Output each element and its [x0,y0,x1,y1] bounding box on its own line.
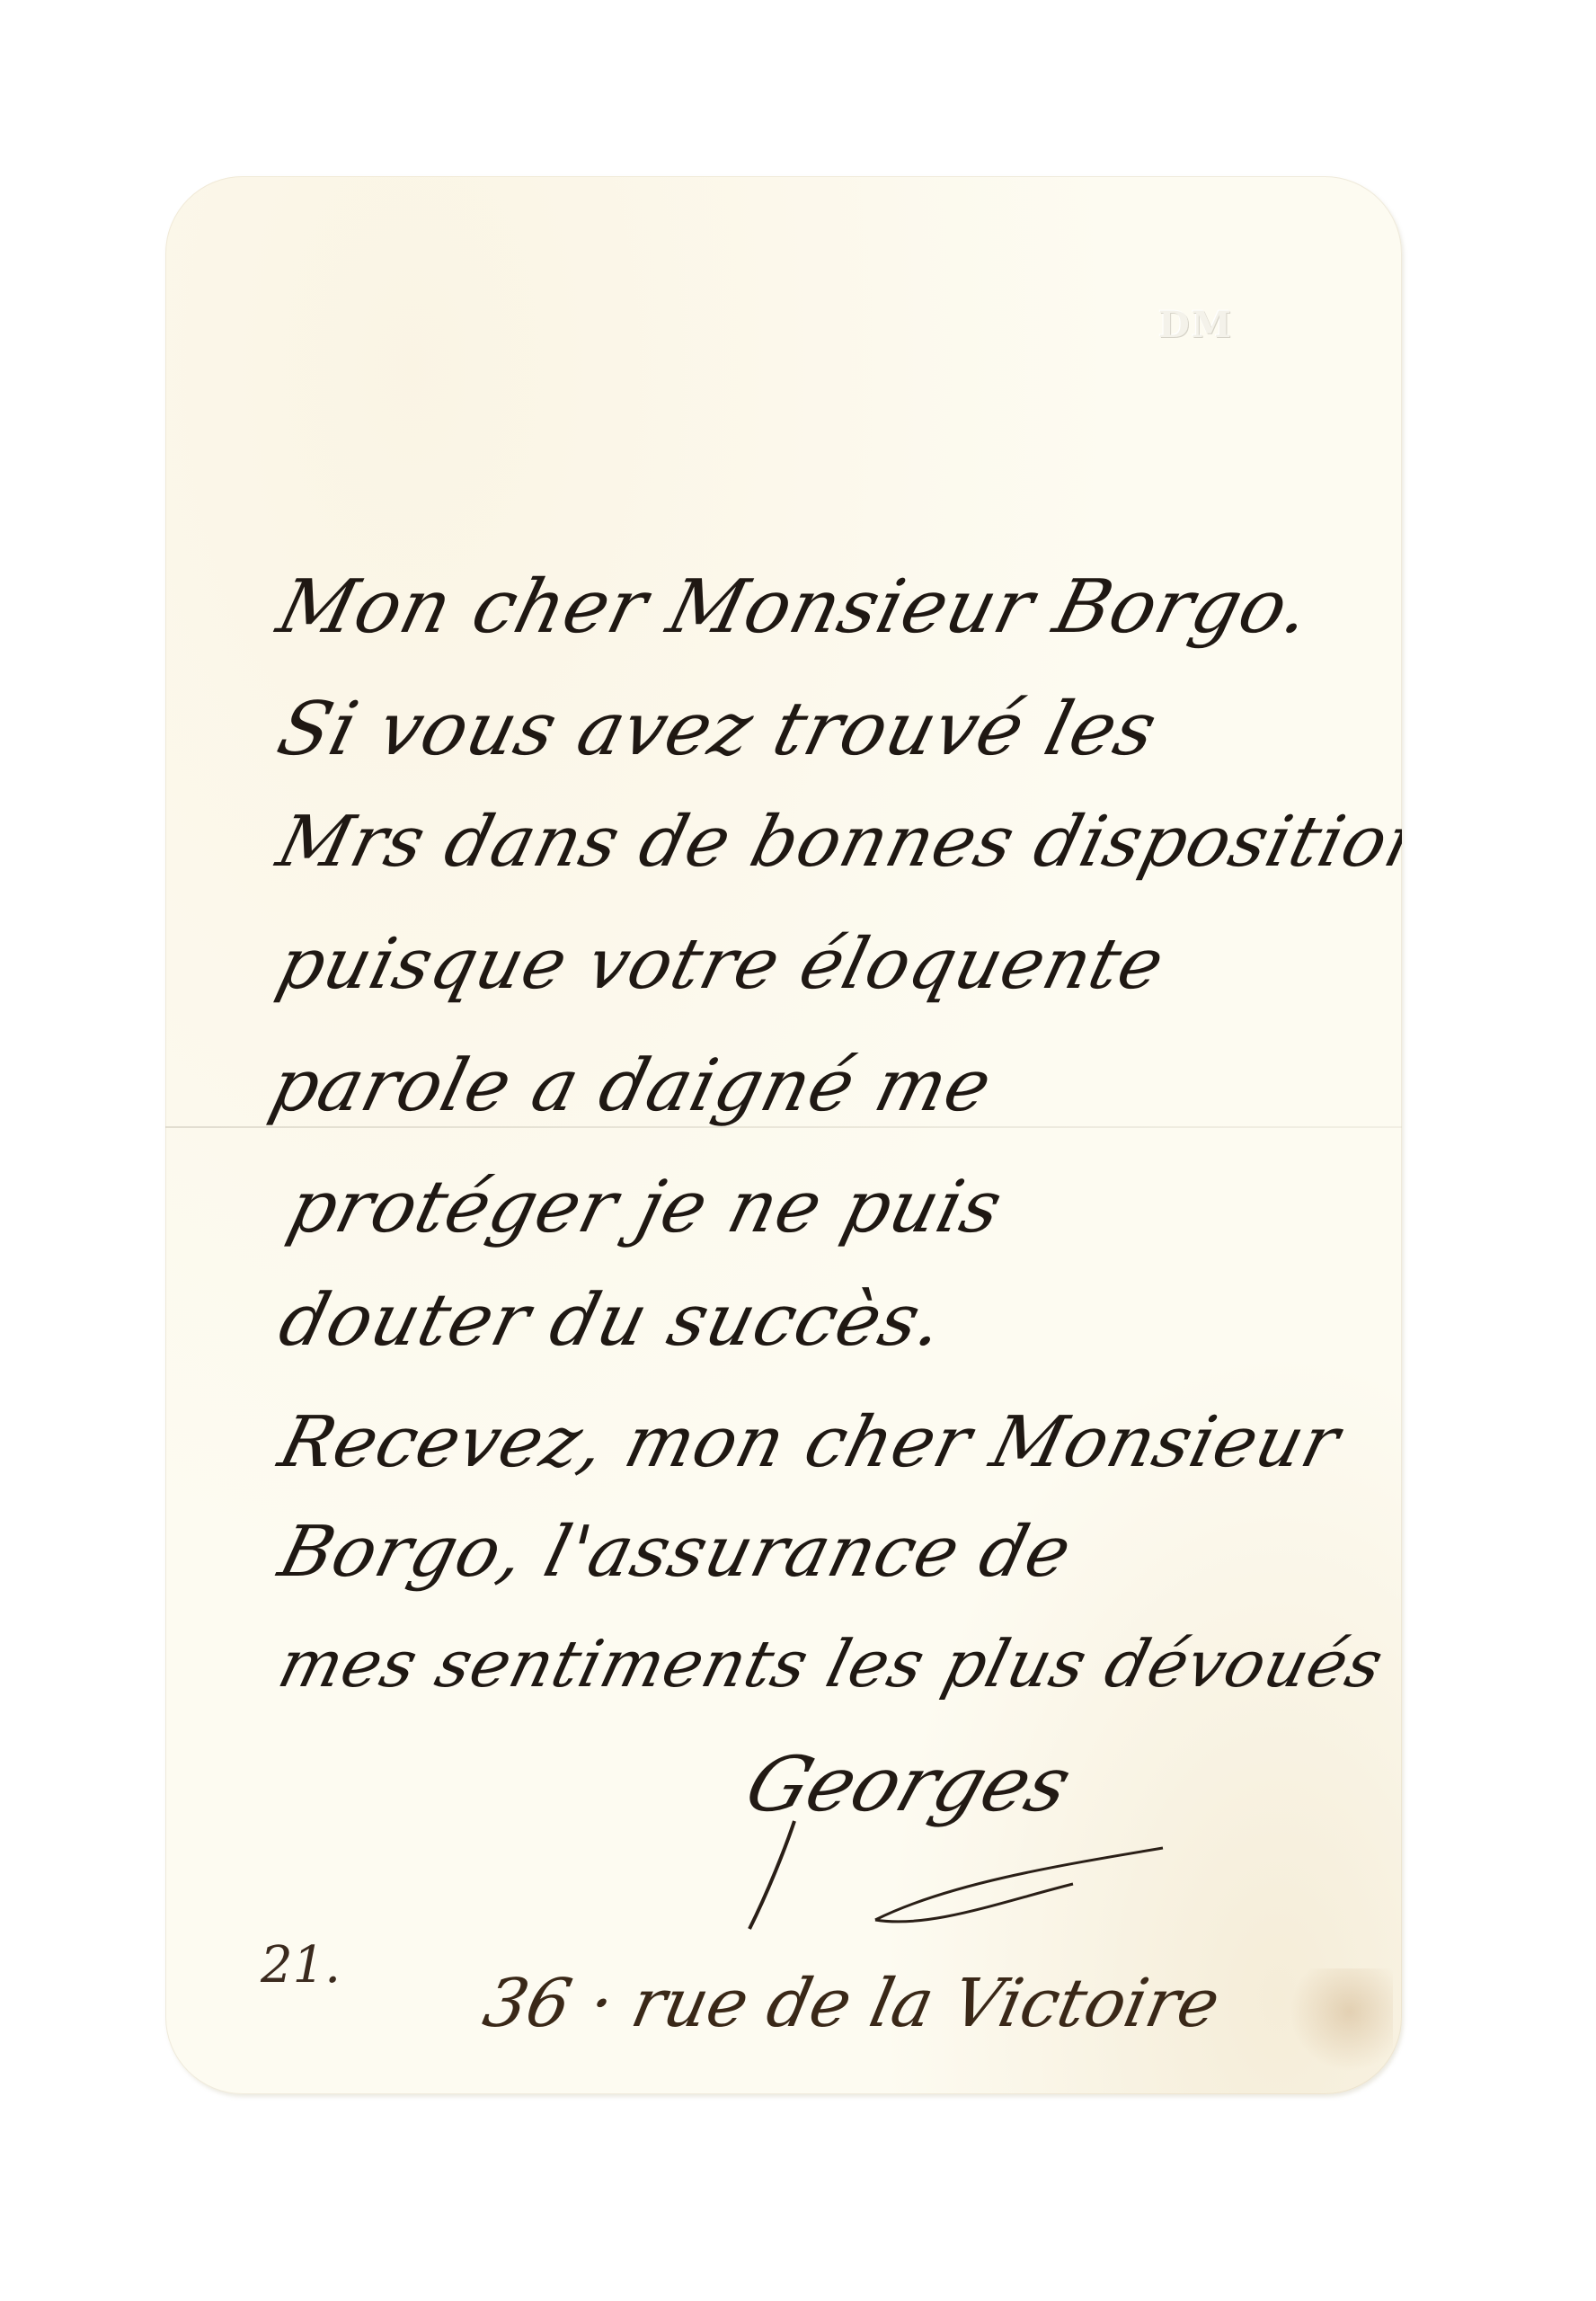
letter-line-closing: Borgo, l'assurance de [271,1512,1079,1593]
page-number: 21. [261,1936,341,1994]
letter-body: Mon cher Monsieur Borgo. Si vous avez tr… [165,176,1402,2094]
letter-line-closing: mes sentiments les plus dévoués [271,1626,1391,1701]
paper-stain [1285,1968,1393,2076]
address-line: 36 · rue de la Victoire [477,1965,1227,2042]
letter-line: puisque votre éloquente [270,924,1172,1005]
letter-card: DM Mon cher Monsieur Borgo. Si vous avez… [165,176,1402,2094]
letter-line: Mrs dans de bonnes dispositions [270,802,1402,883]
letter-line: douter du succès. [271,1278,953,1362]
letter-line-closing: Recevez, mon cher Monsieur [271,1402,1348,1483]
letter-line: parole a daigné me [262,1044,1000,1127]
letter-line-salutation: Mon cher Monsieur Borgo. [270,564,1320,650]
signature-flourish-icon [714,1812,1181,1938]
letter-line: Si vous avez trouvé les [270,687,1166,772]
letter-line: protéger je ne puis [280,1165,1011,1248]
